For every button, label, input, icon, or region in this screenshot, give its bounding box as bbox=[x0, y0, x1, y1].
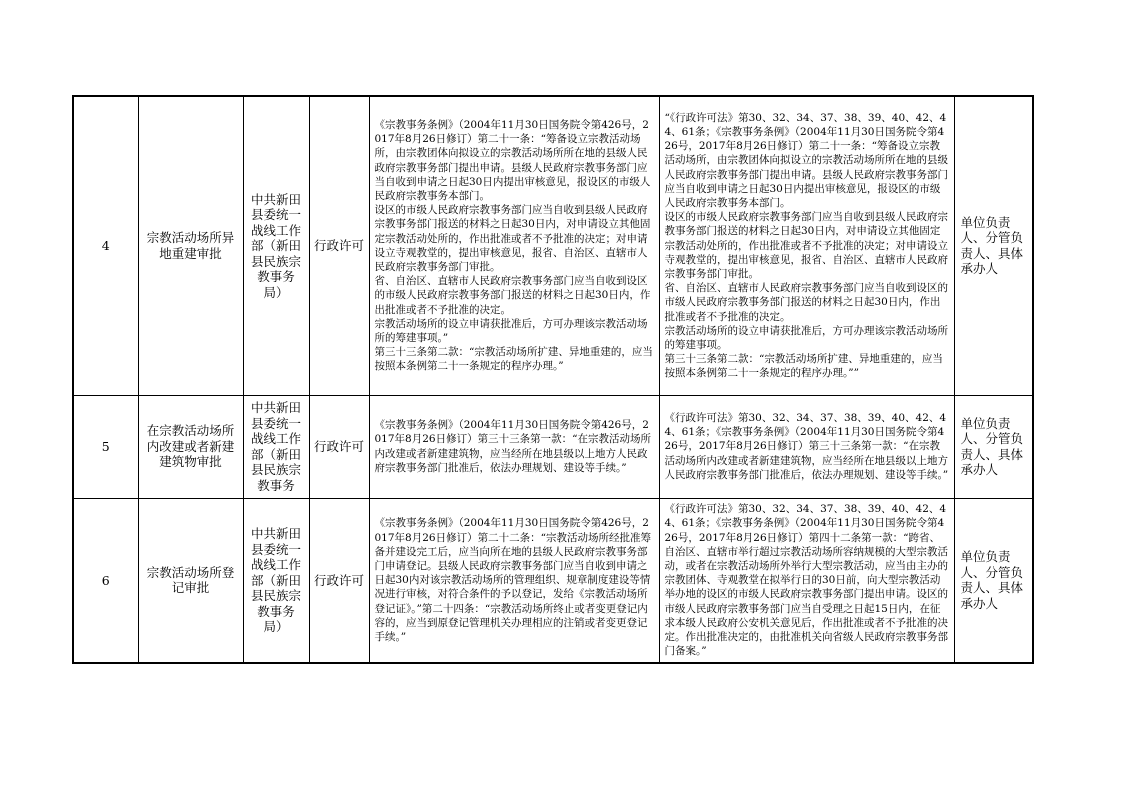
approval-type-cell: 行政许可 bbox=[309, 395, 369, 498]
department-cell: 中共新田县委统一战线工作部（新田县民族宗教事务局） bbox=[243, 96, 309, 395]
approval-type-cell: 行政许可 bbox=[309, 96, 369, 395]
seq-cell: 6 bbox=[73, 498, 138, 663]
document-page: 4 宗教活动场所异地重建审批 中共新田县委统一战线工作部（新田县民族宗教事务局）… bbox=[0, 0, 1122, 793]
department-cell: 中共新田县委统一战线工作部（新田县民族宗教事务 bbox=[243, 395, 309, 498]
seq-cell: 5 bbox=[73, 395, 138, 498]
table-row: 4 宗教活动场所异地重建审批 中共新田县委统一战线工作部（新田县民族宗教事务局）… bbox=[73, 96, 1033, 395]
item-name-cell: 宗教活动场所异地重建审批 bbox=[138, 96, 243, 395]
legal-basis-cell: 《宗教事务条例》（2004年11月30日国务院令第426号，2017年8月26日… bbox=[369, 395, 659, 498]
legal-basis-cell: 《宗教事务条例》（2004年11月30日国务院令第426号，2017年8月26日… bbox=[369, 498, 659, 663]
implementation-basis-cell: 《行政许可法》第30、32、34、37、38、39、40、42、44、61条；《… bbox=[659, 498, 954, 663]
department-cell: 中共新田县委统一战线工作部（新田县民族宗教事务局） bbox=[243, 498, 309, 663]
responsibility-cell: 单位负责人、分管负责人、具体承办人 bbox=[954, 96, 1033, 395]
implementation-basis-cell: “《行政许可法》第30、32、34、37、38、39、40、42、44、61条；… bbox=[659, 96, 954, 395]
item-name-cell: 宗教活动场所登记审批 bbox=[138, 498, 243, 663]
approval-type-cell: 行政许可 bbox=[309, 498, 369, 663]
table-row: 5 在宗教活动场所内改建或者新建建筑物审批 中共新田县委统一战线工作部（新田县民… bbox=[73, 395, 1033, 498]
item-name-cell: 在宗教活动场所内改建或者新建建筑物审批 bbox=[138, 395, 243, 498]
table-row: 6 宗教活动场所登记审批 中共新田县委统一战线工作部（新田县民族宗教事务局） 行… bbox=[73, 498, 1033, 663]
responsibility-cell: 单位负责人、分管负责人、具体承办人 bbox=[954, 498, 1033, 663]
legal-basis-cell: 《宗教事务条例》（2004年11月30日国务院令第426号，2017年8月26日… bbox=[369, 96, 659, 395]
seq-cell: 4 bbox=[73, 96, 138, 395]
responsibility-cell: 单位负责人、分管负责人、具体承办人 bbox=[954, 395, 1033, 498]
approval-items-table: 4 宗教活动场所异地重建审批 中共新田县委统一战线工作部（新田县民族宗教事务局）… bbox=[72, 95, 1034, 664]
implementation-basis-cell: 《行政许可法》第30、32、34、37、38、39、40、42、44、61条；《… bbox=[659, 395, 954, 498]
